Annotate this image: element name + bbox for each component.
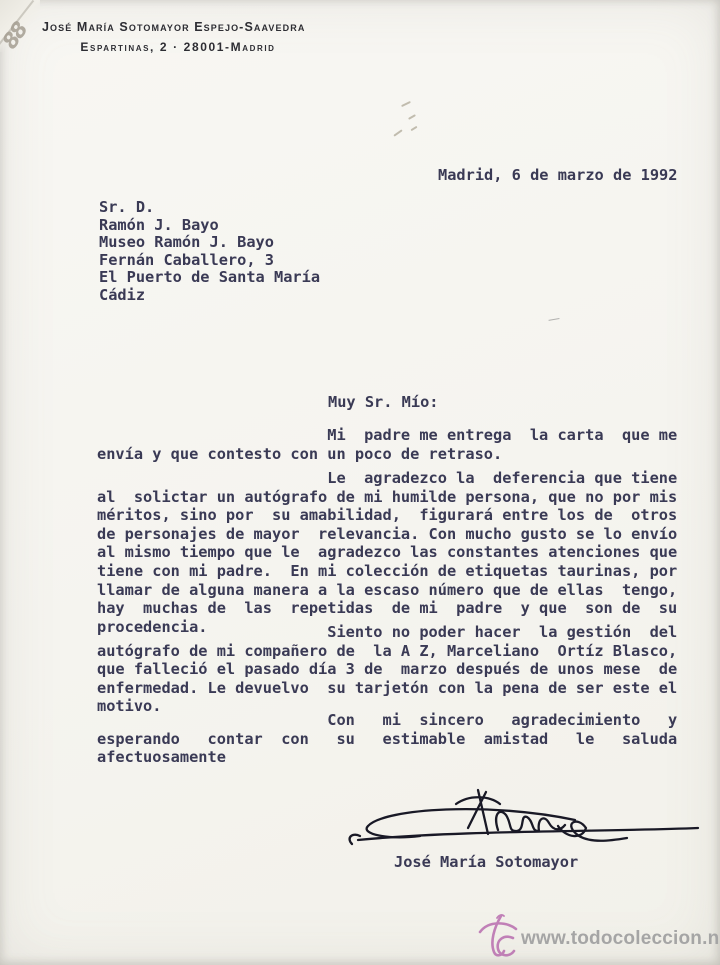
text-line: Mi padre me entrega la carta que me [97, 426, 677, 445]
text-line: Fernán Caballero, 3 [99, 252, 320, 270]
letterhead: José María Sotomayor Espejo-Saavedra Esp… [42, 20, 314, 54]
text-line: al solictar un autógrafo de mi humilde p… [97, 488, 677, 507]
handwritten-signature-icon [340, 784, 704, 858]
text-line: Siento no poder hacer la gestión del [97, 623, 677, 642]
text-line: El Puerto de Santa María [99, 269, 320, 287]
text-line: hay muchas de las repetidas de mi padre … [97, 599, 677, 618]
text-line: autógrafo de mi compañero de la A Z, Mar… [97, 642, 677, 661]
text-line: Le agradezco la deferencia que tiene [97, 469, 677, 488]
pencil-scribble [411, 126, 418, 131]
text-line: de personajes de mayor relevancia. Con m… [97, 525, 677, 544]
pencil-scribble [393, 129, 402, 136]
watermark: www.todocoleccion.net [477, 910, 720, 958]
text-line: enfermedad. Le devuelvo su tarjetón con … [97, 679, 677, 698]
typed-signature-name: José María Sotomayor [394, 853, 578, 872]
text-line: Con mi sincero agradecimiento y [97, 711, 677, 730]
text-line: Sr. D. [99, 199, 320, 217]
letterhead-address: Espartinas, 2 · 28001-Madrid [42, 40, 314, 54]
recipient-address: Sr. D.Ramón J. BayoMuseo Ramón J. BayoFe… [99, 199, 320, 304]
pencil-scribble [408, 114, 416, 120]
text-line: méritos, sino por su amabilidad, figurar… [97, 506, 677, 525]
scanned-letter-page: 88 José María Sotomayor Espejo-Saavedra … [0, 0, 720, 965]
date-line: Madrid, 6 de marzo de 1992 [438, 166, 677, 185]
watermark-url-text: www.todocoleccion.net [521, 928, 720, 950]
letterhead-name: José María Sotomayor Espejo-Saavedra [42, 20, 314, 34]
text-line: Museo Ramón J. Bayo [99, 234, 320, 252]
pencil-scribble [401, 101, 411, 107]
paragraph-2: Le agradezco la deferencia que tieneal s… [97, 469, 677, 636]
todocoleccion-logo-icon [477, 910, 519, 958]
pencil-tick-mark [547, 312, 559, 321]
paragraph-4: Con mi sincero agradecimiento yesperando… [97, 711, 677, 767]
text-line: Cádiz [99, 287, 320, 305]
text-line: afectuosamente [97, 748, 677, 767]
text-line: que falleció el pasado día 3 de marzo de… [97, 660, 677, 679]
paragraph-3: Siento no poder hacer la gestión delautó… [97, 623, 677, 716]
text-line: Ramón J. Bayo [99, 217, 320, 235]
text-line: tiene con mi padre. En mi colección de e… [97, 562, 677, 581]
text-line: envía y que contesto con un poco de retr… [97, 445, 677, 464]
text-line: esperando contar con su estimable amista… [97, 730, 677, 749]
salutation: Muy Sr. Mío: [328, 393, 439, 412]
text-line: al mismo tiempo que le agradezco las con… [97, 543, 677, 562]
text-line: llamar de alguna manera a la escaso núme… [97, 581, 677, 600]
paragraph-1: Mi padre me entrega la carta que meenvía… [97, 426, 677, 463]
